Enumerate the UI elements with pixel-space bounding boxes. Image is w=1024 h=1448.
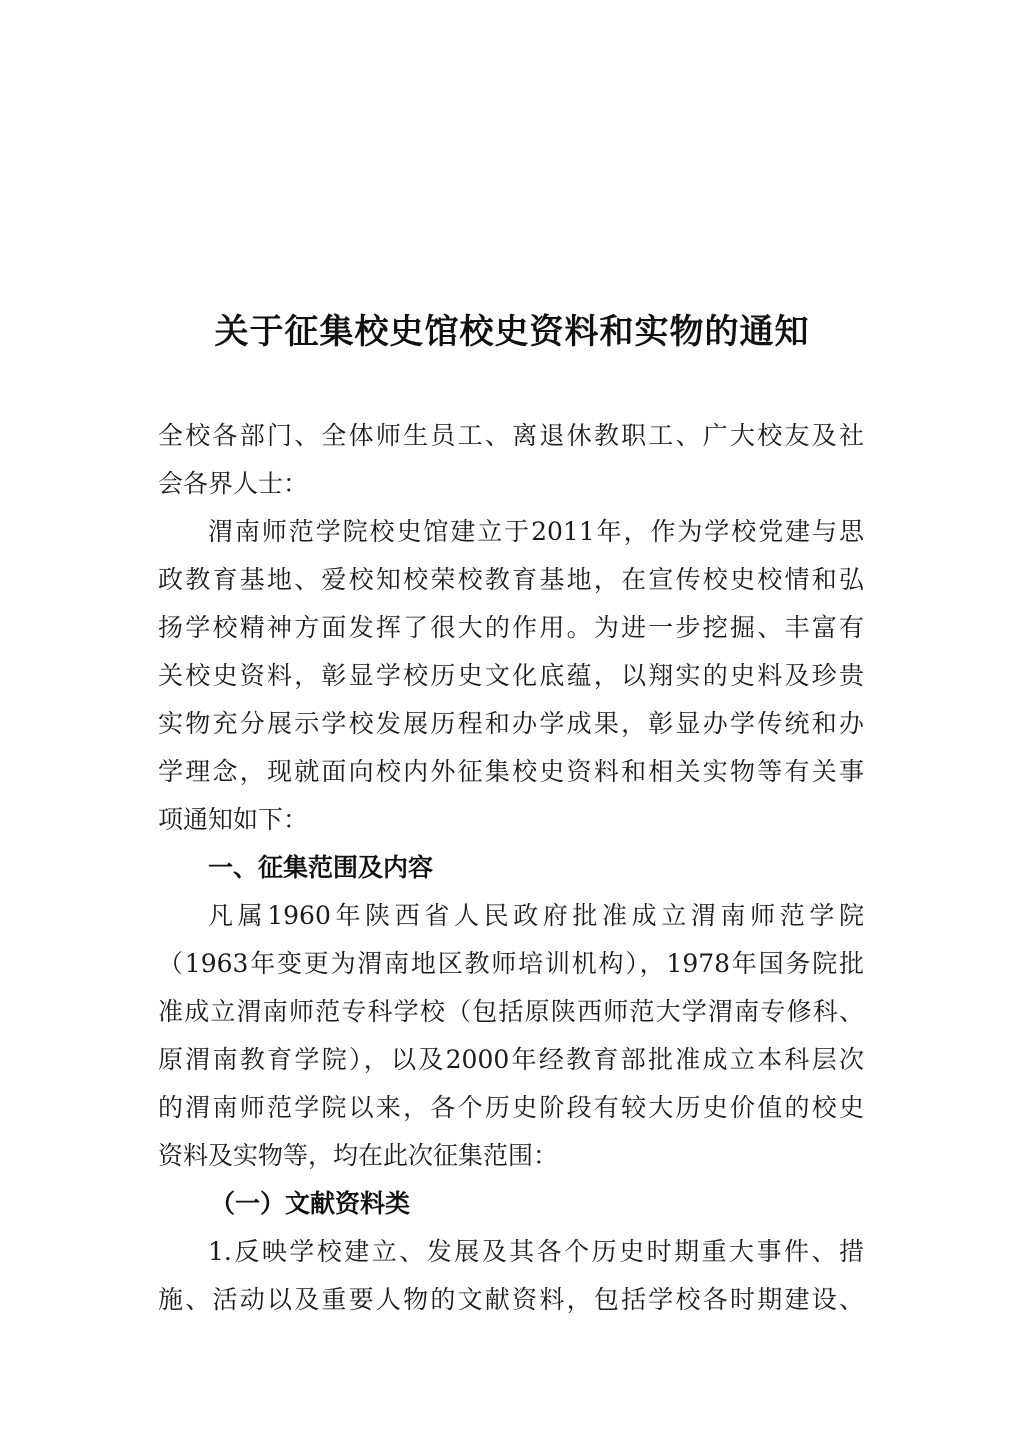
- paragraph-line: 政教育基地、爱校知校荣校教育基地，在宣传校史校情和弘: [158, 562, 864, 598]
- paragraph-line: 项通知如下：: [158, 802, 864, 838]
- salutation-line: 全校各部门、全体师生员工、离退休教职工、广大校友及社: [158, 418, 864, 454]
- section-heading: 一、征集范围及内容: [208, 850, 433, 886]
- paragraph-line: 扬学校精神方面发挥了很大的作用。为进一步挖掘、丰富有: [158, 610, 864, 646]
- paragraph-line: 的渭南师范学院以来，各个历史阶段有较大历史价值的校史: [158, 1090, 864, 1126]
- salutation-line: 会各界人士：: [158, 466, 864, 502]
- paragraph-line: 1.反映学校建立、发展及其各个历史时期重大事件、措: [208, 1234, 864, 1270]
- document-page: 关于征集校史馆校史资料和实物的通知 全校各部门、全体师生员工、离退休教职工、广大…: [0, 0, 1024, 1448]
- paragraph-line: （1963年变更为渭南地区教师培训机构），1978年国务院批: [158, 946, 864, 982]
- subsection-heading: （一）文献资料类: [210, 1186, 410, 1222]
- paragraph-line: 渭南师范学院校史馆建立于2011年，作为学校党建与思: [208, 514, 864, 550]
- paragraph-line: 原渭南教育学院），以及2000年经教育部批准成立本科层次: [158, 1042, 864, 1078]
- paragraph-line: 准成立渭南师范专科学校（包括原陕西师范大学渭南专修科、: [158, 994, 864, 1030]
- paragraph-line: 学理念，现就面向校内外征集校史资料和相关实物等有关事: [158, 754, 864, 790]
- document-title: 关于征集校史馆校史资料和实物的通知: [150, 304, 874, 353]
- paragraph-line: 资料及实物等，均在此次征集范围：: [158, 1138, 864, 1174]
- paragraph-line: 关校史资料，彰显学校历史文化底蕴，以翔实的史料及珍贵: [158, 658, 864, 694]
- paragraph-line: 实物充分展示学校发展历程和办学成果，彰显办学传统和办: [158, 706, 864, 742]
- paragraph-line: 施、活动以及重要人物的文献资料，包括学校各时期建设、: [158, 1282, 864, 1318]
- paragraph-line: 凡属1960年陕西省人民政府批准成立渭南师范学院: [208, 898, 864, 934]
